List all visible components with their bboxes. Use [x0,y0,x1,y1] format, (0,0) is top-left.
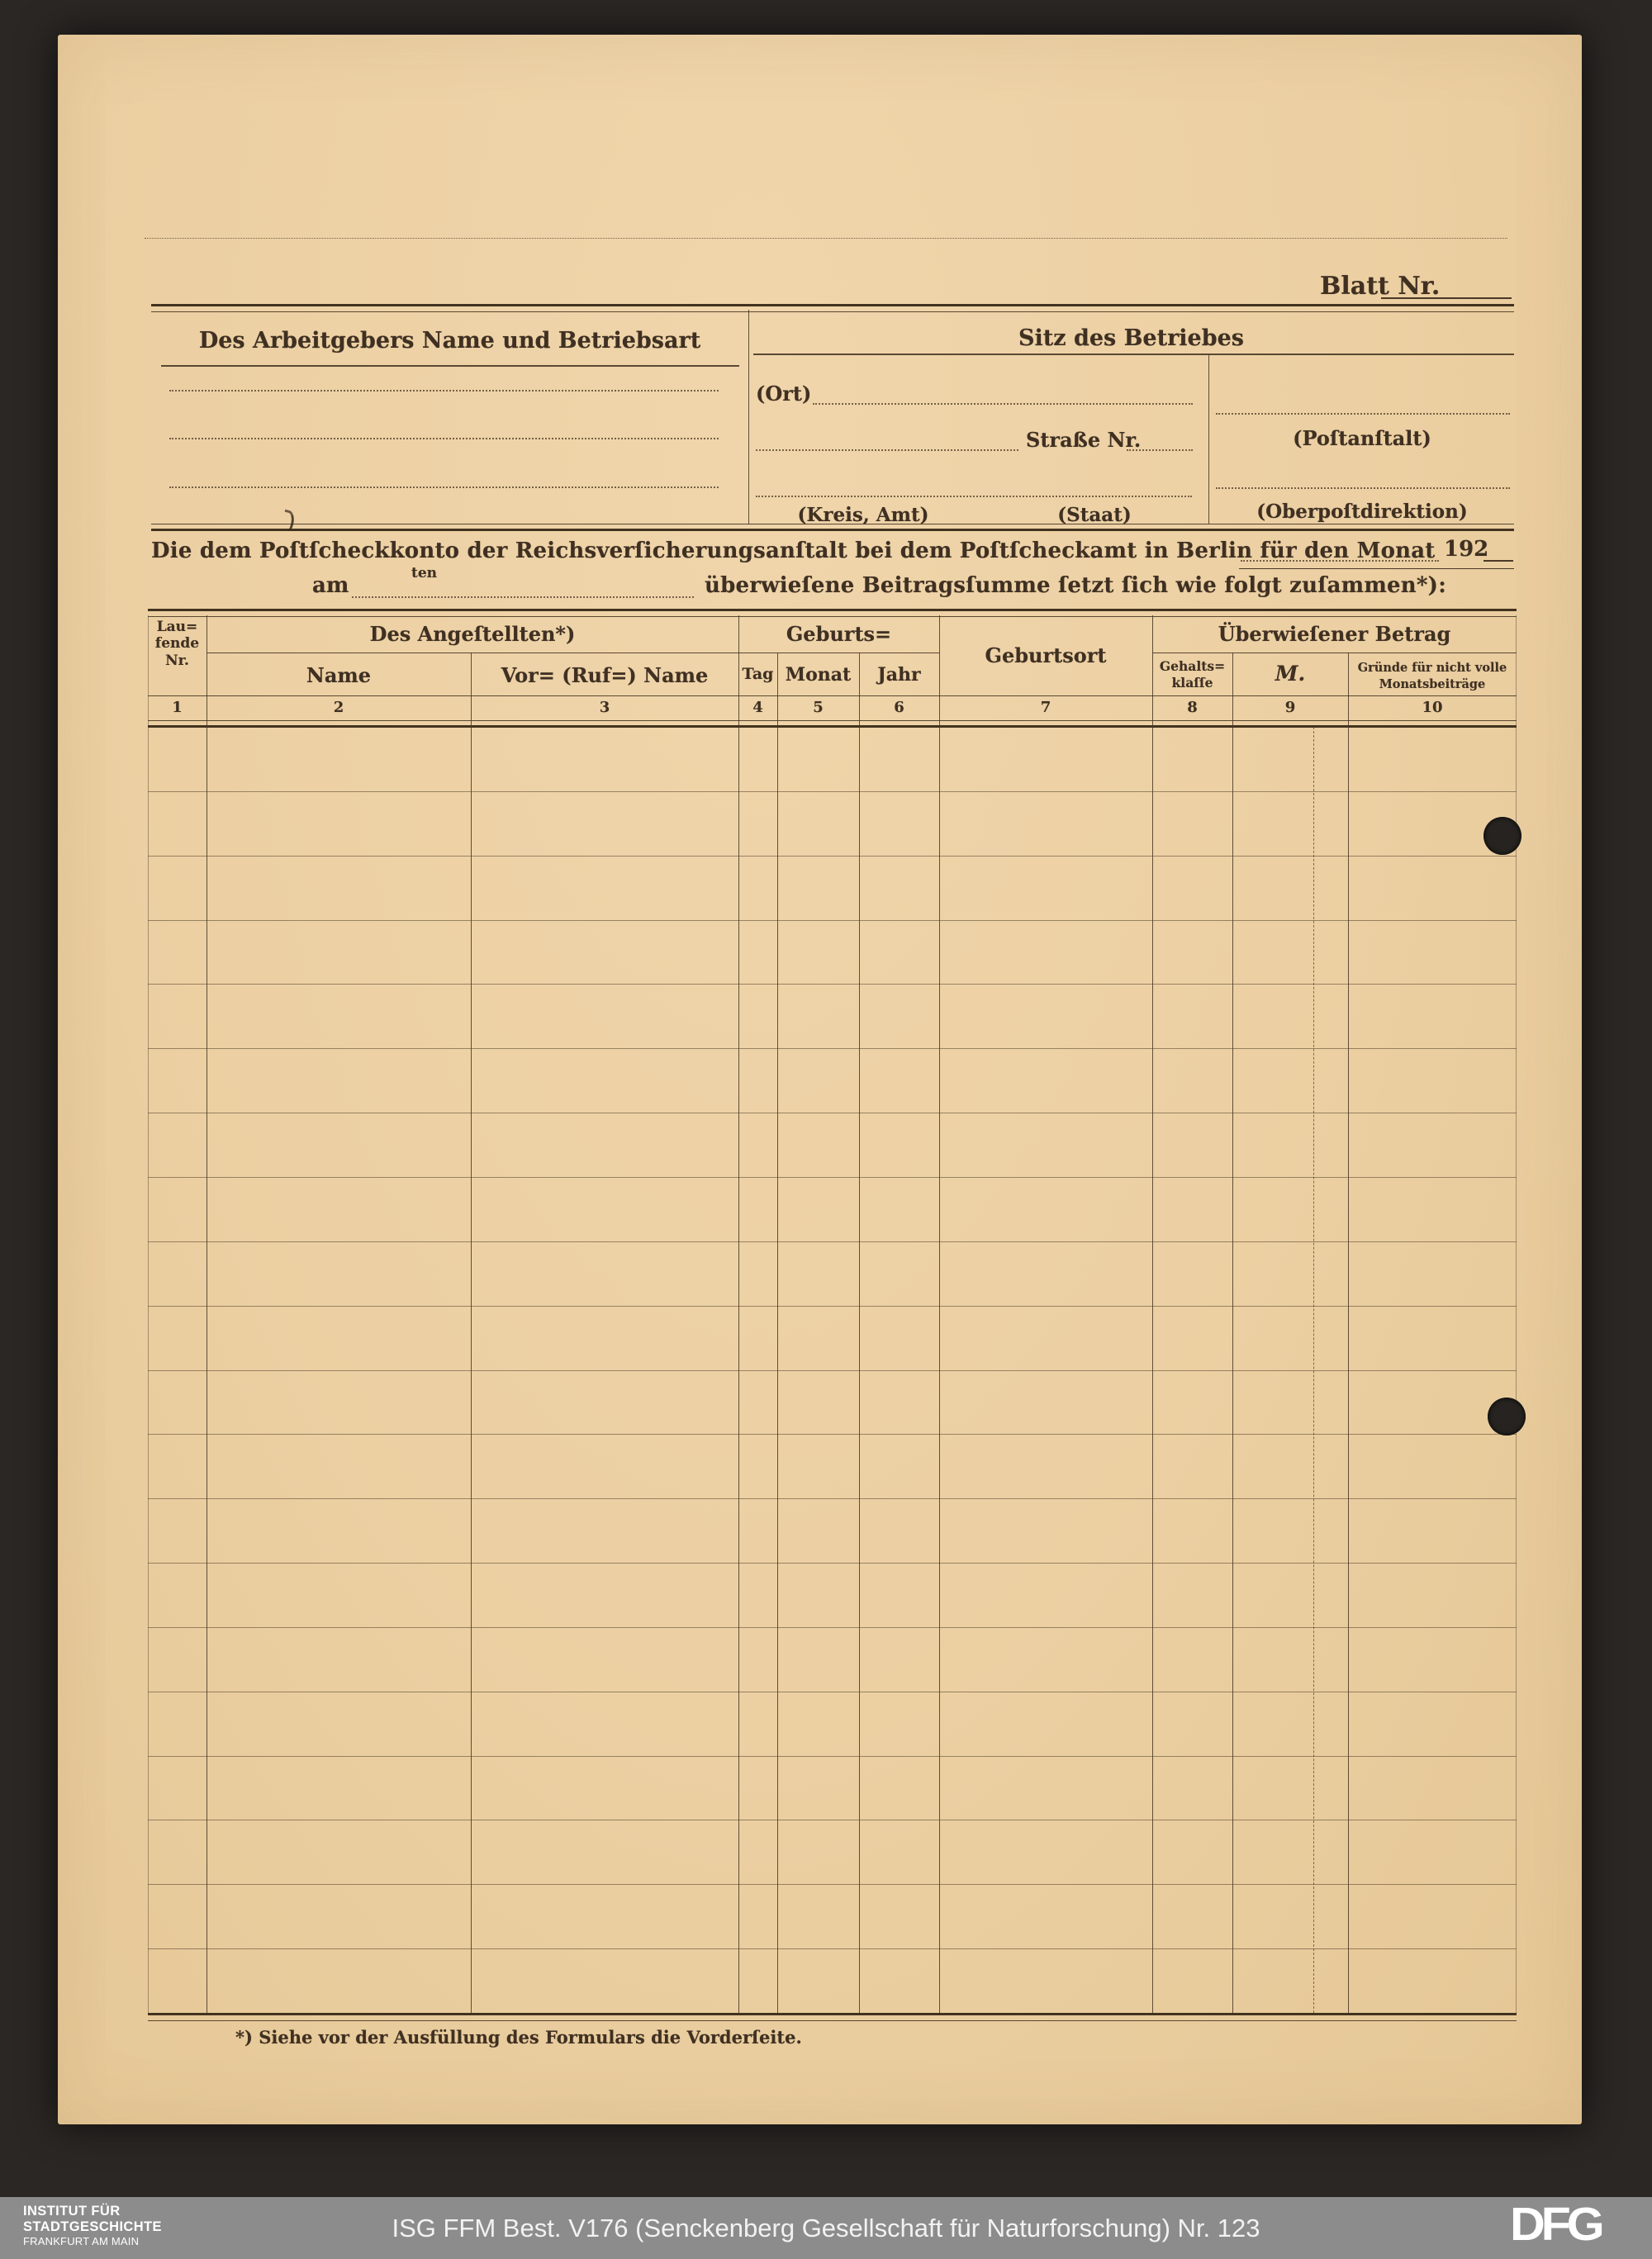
group-header-geburts: Geburts= [738,622,939,646]
table-grid-line [148,1434,1517,1435]
staat-label: (Staat) [991,504,1198,526]
table-grid-line [148,1498,1517,1499]
col-number-1: 1 [148,699,206,716]
table-grid-line [859,653,860,2013]
col-number-2: 2 [206,699,471,716]
monat-blank-line [1241,560,1439,562]
year-blank-line [1483,560,1513,562]
blatt-nr-blank-line [1381,297,1512,299]
col-header-jahr: Jahr [859,664,939,686]
table-grid-line [148,1692,1517,1692]
ten-superscript: ten [411,565,437,581]
table-grid-line [148,1306,1517,1307]
table-grid-line [1152,653,1517,653]
table-grid-line [148,1756,1517,1757]
hole-punch-top [1483,817,1521,855]
table-grid-line [148,695,1517,696]
sitz-section-header: Sitz des Betriebes [748,325,1514,351]
hole-punch-bottom [1488,1398,1526,1436]
table-grid-line [148,791,1517,792]
col-number-6: 6 [859,699,939,716]
col-header-vorname: Vor= (Ruf=) Name [471,663,738,687]
sitz-header-rule [753,354,1514,355]
ort-blank-line [813,403,1193,405]
table-grid-line [777,653,778,2013]
table-grid-line [148,856,1517,857]
col-header-name: Name [206,663,471,687]
table-grid-line [148,1113,1517,1113]
ort-label: (Ort) [756,382,811,406]
col-number-4: 4 [738,699,777,716]
register-table: Lau= fende Nr. Des Angeſtellten*) Geburt… [148,609,1517,2019]
col-header-mark: M. [1232,662,1348,686]
col-header-geburtsort: Geburtsort [939,615,1152,695]
table-top-rule [148,609,1517,617]
col-header-gehaltsklasse: Gehalts= klaſſe [1152,658,1232,691]
employer-blank-line-2 [169,438,719,439]
col-header-gruende: Gründe für nicht volle Monatsbeiträge [1348,660,1517,692]
kreis-amt-label: (Kreis, Amt) [756,504,971,526]
dfg-logo: DFG [1510,2197,1601,2252]
table-header-bottom-rule [148,720,1517,728]
table-grid-line [148,1563,1517,1564]
postanstalt-blank-line [1216,413,1510,415]
group-header-betrag: Überwieſener Betrag [1152,622,1517,646]
blatt-nr-label: Blatt Nr. [1320,272,1440,301]
postanstalt-label: (Poſtanſtalt) [1214,426,1510,450]
group-header-angestellten: Des Angeſtellten*) [206,622,738,646]
oberpostdirektion-blank-line [1216,487,1510,489]
table-grid-line [939,615,940,2013]
table-grid-line [148,1370,1517,1371]
oberpostdirektion-label: (Oberpoſtdirektion) [1214,501,1510,523]
col-number-3: 3 [471,699,738,716]
archive-credit-bar: INSTITUT FÜR STADTGESCHICHTE FRANKFURT A… [0,2197,1652,2259]
strasse-nr-label: Straße Nr. [1026,428,1141,452]
table-grid-line [1348,653,1349,2013]
table-grid-line [148,920,1517,921]
intro-line-2: überwieſene Beitragsſumme ſetzt ſich wie… [705,573,1446,598]
table-grid-line [1232,653,1233,2013]
table-grid-line [148,984,1517,985]
table-grid-line [148,1884,1517,1885]
scanned-document-view: Blatt Nr. Des Arbeitgebers Name und Betr… [0,0,1652,2259]
col-number-8: 8 [1152,699,1232,716]
table-grid-line [206,615,207,2013]
top-perforation-line [145,238,1507,239]
col-number-5: 5 [777,699,859,716]
col-number-10: 10 [1348,699,1517,716]
table-grid-line [1152,615,1153,2013]
form-paper: Blatt Nr. Des Arbeitgebers Name und Betr… [58,35,1582,2124]
kreis-staat-blank-line [756,496,1192,497]
employer-blank-line-1 [169,390,719,392]
col-header-laufende-nr: Lau= fende Nr. [148,619,206,669]
archive-reference: ISG FFM Best. V176 (Senckenberg Gesellsc… [0,2214,1652,2243]
table-grid-line [148,615,149,2013]
employer-header-rule [161,365,739,367]
col-header-monat: Monat [777,664,859,686]
table-bottom-rule [148,2013,1517,2021]
footnote: *) Siehe vor der Ausfüllung des Formular… [235,2027,802,2048]
date-blank-line [352,596,694,598]
am-label: am [312,573,349,598]
table-grid-line [148,1241,1517,1242]
table-grid-line [148,1177,1517,1178]
header-box-top-rule [151,304,1514,312]
table-grid-line [738,653,939,653]
strasse-blank-line-left [756,449,1018,451]
strasse-blank-line-right [1127,449,1193,451]
col-number-9: 9 [1232,699,1348,716]
table-grid-line [738,615,739,2013]
table-grid-line [471,653,472,2013]
employer-blank-line-3 [169,486,719,488]
year-prefix: 192 [1444,537,1488,562]
employer-section-header: Des Arbeitgebers Name und Betriebsart [151,328,748,354]
table-grid-line [148,1948,1517,1949]
monat-underline [1239,568,1514,569]
col-header-tag: Tag [738,665,777,683]
table-grid-line [206,653,738,653]
sitz-sub-divider [1208,355,1209,524]
table-grid-line [148,1048,1517,1049]
col-number-7: 7 [939,699,1152,716]
table-grid-line [148,1627,1517,1628]
table-grid-line [148,1820,1517,1820]
